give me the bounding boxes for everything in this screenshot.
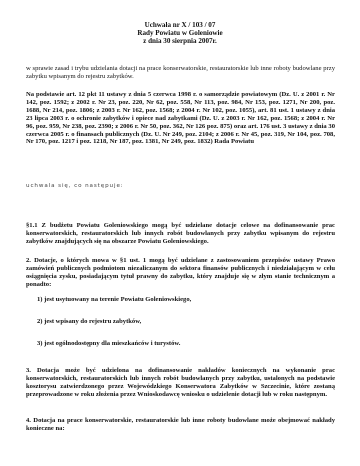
paragraph-4: 4. Dotacja na prace konserwatorskie, res… xyxy=(26,417,335,433)
resolves-heading: uchwala się, co następuje: xyxy=(26,183,124,189)
title-council: Rady Powiatu w Goleniowie xyxy=(0,29,360,37)
title-resolution-number: Uchwała nr X / 103 / 07 xyxy=(0,21,360,29)
paragraph-3: 3. Dotacja może być udzielona na dofinan… xyxy=(26,367,335,399)
resolution-subject: w sprawie zasad i trybu udzielania dotac… xyxy=(26,65,335,81)
paragraph-2: 2. Dotacje, o których mowa w §1 ust. 1 m… xyxy=(26,257,335,289)
title-date: z dnia 30 sierpnia 2007r. xyxy=(0,37,360,45)
document-page: Uchwała nr X / 103 / 07 Rady Powiatu w G… xyxy=(0,0,360,466)
paragraph-1: §1.1 Z budżetu Powiatu Goleniowskiego mo… xyxy=(26,222,335,246)
document-title: Uchwała nr X / 103 / 07 Rady Powiatu w G… xyxy=(0,21,360,45)
condition-item: 3) jest ogólnodostępny dla mieszkańców i… xyxy=(37,340,180,348)
condition-item: 1) jest usytuowany na terenie Powiatu Go… xyxy=(37,296,191,304)
condition-item: 2) jest wpisany do rejestru zabytków, xyxy=(37,318,141,326)
legal-basis: Na podstawie art. 12 pkt 11 ustawy z dni… xyxy=(26,91,335,146)
